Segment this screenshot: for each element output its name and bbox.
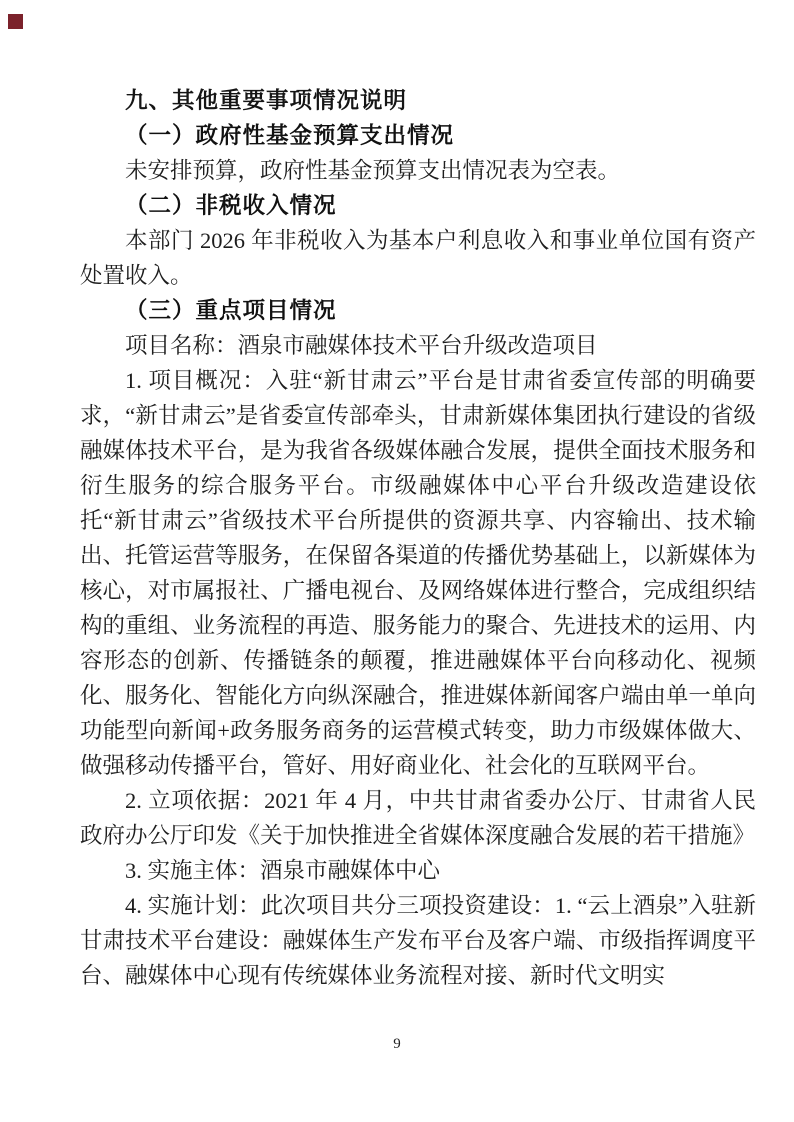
- page-number: 9: [0, 1036, 794, 1053]
- section-heading-other-important-matters: 九、其他重要事项情况说明: [80, 83, 756, 118]
- subsection-heading-government-fund-budget: （一）政府性基金预算支出情况: [80, 118, 756, 153]
- scan-artifact-icon: [8, 14, 23, 29]
- paragraph-project-name: 项目名称：酒泉市融媒体技术平台升级改造项目: [80, 328, 756, 363]
- paragraph-implementing-entity: 3. 实施主体：酒泉市融媒体中心: [80, 853, 756, 888]
- text-block: 九、其他重要事项情况说明 （一）政府性基金预算支出情况 未安排预算，政府性基金预…: [80, 83, 756, 993]
- paragraph-no-budget-arranged: 未安排预算，政府性基金预算支出情况表为空表。: [80, 153, 756, 188]
- document-page: 九、其他重要事项情况说明 （一）政府性基金预算支出情况 未安排预算，政府性基金预…: [0, 0, 794, 1122]
- paragraph-implementation-plan: 4. 实施计划：此次项目共分三项投资建设：1. “云上酒泉”入驻新甘肃技术平台建…: [80, 888, 756, 993]
- paragraph-non-tax-revenue: 本部门 2026 年非税收入为基本户利息收入和事业单位国有资产处置收入。: [80, 223, 756, 293]
- paragraph-project-overview: 1. 项目概况：入驻“新甘肃云”平台是甘肃省委宣传部的明确要求，“新甘肃云”是省…: [80, 363, 756, 783]
- subsection-heading-key-projects: （三）重点项目情况: [80, 293, 756, 328]
- paragraph-project-basis: 2. 立项依据：2021 年 4 月，中共甘肃省委办公厅、甘肃省人民政府办公厅印…: [80, 783, 756, 853]
- subsection-heading-non-tax-revenue: （二）非税收入情况: [80, 188, 756, 223]
